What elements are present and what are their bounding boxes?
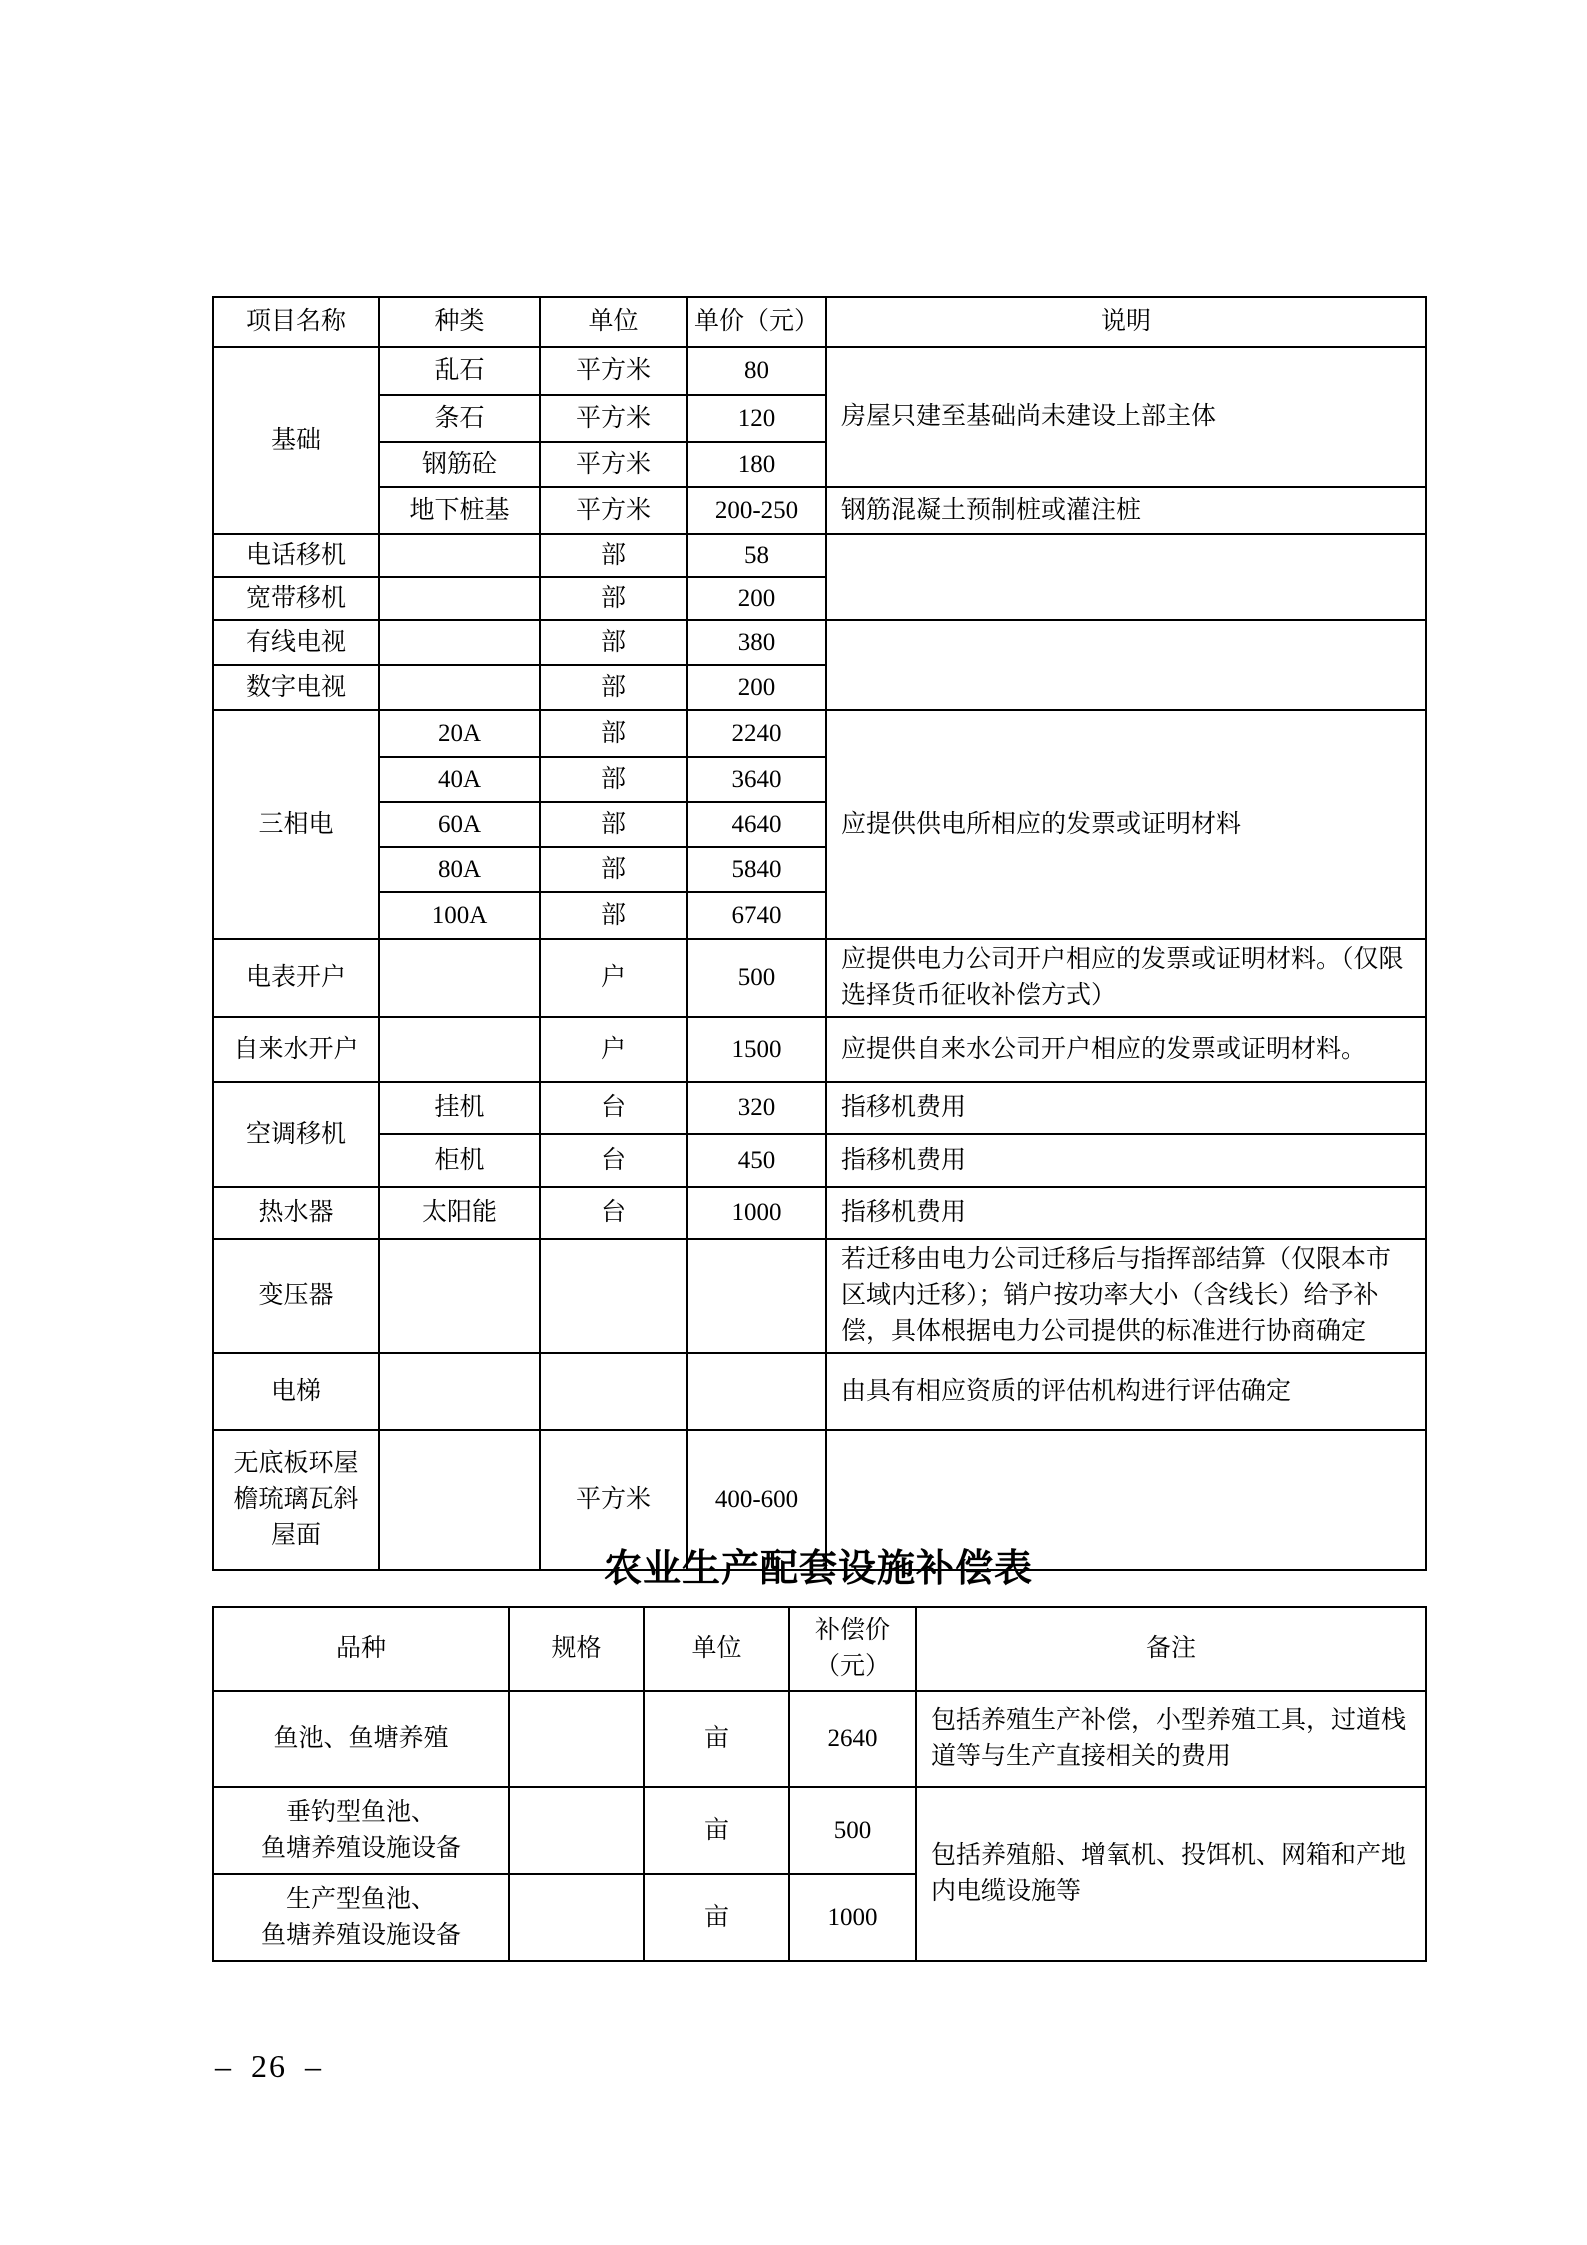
header-comp-price: 补偿价（元） [789, 1607, 916, 1691]
cell-type: 太阳能 [379, 1187, 540, 1239]
cell-type-empty [379, 665, 540, 710]
cell-type: 条石 [379, 395, 540, 442]
header-remark: 备注 [916, 1607, 1426, 1691]
cell-unit: 亩 [644, 1691, 789, 1787]
cell-price: 1500 [687, 1017, 826, 1082]
cell-spec-empty [509, 1874, 644, 1961]
header-project-name: 项目名称 [213, 297, 379, 347]
agri-table-title: 农业生产配套设施补偿表 [212, 1546, 1425, 1592]
cell-name: 宽带移机 [213, 577, 379, 620]
cell-unit: 平方米 [540, 487, 687, 534]
cell-type-empty [379, 577, 540, 620]
table-row: 电话移机 部 58 [213, 534, 1426, 577]
cell-type: 挂机 [379, 1082, 540, 1134]
table-row: 自来水开户 户 1500 应提供自来水公司开户相应的发票或证明材料。 [213, 1017, 1426, 1082]
cell-unit: 平方米 [540, 442, 687, 487]
cell-type: 地下桩基 [379, 487, 540, 534]
table-row: 有线电视 部 380 [213, 620, 1426, 665]
cell-price: 200 [687, 665, 826, 710]
table-row: 基础 乱石 平方米 80 房屋只建至基础尚未建设上部主体 [213, 347, 1426, 395]
cell-unit: 平方米 [540, 395, 687, 442]
header-unit: 单位 [540, 297, 687, 347]
cell-unit: 部 [540, 534, 687, 577]
cell-name: 空调移机 [213, 1082, 379, 1187]
table-row: 电表开户 户 500 应提供电力公司开户相应的发票或证明材料。（仅限选择货币征收… [213, 939, 1426, 1017]
header-type: 种类 [379, 297, 540, 347]
cell-type: 80A [379, 847, 540, 892]
cell-name: 电话移机 [213, 534, 379, 577]
header-unit-price: 单价（元） [687, 297, 826, 347]
cell-name: 电梯 [213, 1353, 379, 1430]
cell-note: 应提供供电所相应的发票或证明材料 [826, 710, 1426, 939]
document-page: 项目名称 种类 单位 单价（元） 说明 基础 乱石 平方米 80 房屋只建至基础… [0, 0, 1587, 2245]
cell-price: 5840 [687, 847, 826, 892]
cell-price: 2640 [789, 1691, 916, 1787]
cell-name: 变压器 [213, 1239, 379, 1353]
cell-price-empty [687, 1353, 826, 1430]
cell-type: 乱石 [379, 347, 540, 395]
cell-price: 80 [687, 347, 826, 395]
cell-note: 指移机费用 [826, 1134, 1426, 1187]
cell-note: 指移机费用 [826, 1082, 1426, 1134]
cell-type: 柜机 [379, 1134, 540, 1187]
cell-unit-empty [540, 1353, 687, 1430]
cell-unit: 台 [540, 1082, 687, 1134]
table-row: 空调移机 挂机 台 320 指移机费用 [213, 1082, 1426, 1134]
cell-price: 2240 [687, 710, 826, 757]
cell-unit: 户 [540, 1017, 687, 1082]
cell-price-empty [687, 1239, 826, 1353]
table-row: 柜机 台 450 指移机费用 [213, 1134, 1426, 1187]
header-note: 说明 [826, 297, 1426, 347]
cell-price: 6740 [687, 892, 826, 939]
cell-unit: 部 [540, 847, 687, 892]
cell-price: 200-250 [687, 487, 826, 534]
cell-type-empty [379, 1239, 540, 1353]
cell-name: 基础 [213, 347, 379, 534]
cell-price: 450 [687, 1134, 826, 1187]
cell-note: 由具有相应资质的评估机构进行评估确定 [826, 1353, 1426, 1430]
cell-unit: 部 [540, 665, 687, 710]
cell-name: 电表开户 [213, 939, 379, 1017]
cell-unit: 亩 [644, 1874, 789, 1961]
cell-unit: 部 [540, 577, 687, 620]
cell-note: 若迁移由电力公司迁移后与指挥部结算（仅限本市区域内迁移）；销户按功率大小（含线长… [826, 1239, 1426, 1353]
cell-unit: 台 [540, 1187, 687, 1239]
cell-type: 60A [379, 802, 540, 847]
cell-price: 1000 [687, 1187, 826, 1239]
cell-price: 58 [687, 534, 826, 577]
cell-type-empty [379, 534, 540, 577]
cell-note: 应提供自来水公司开户相应的发票或证明材料。 [826, 1017, 1426, 1082]
table-row: 垂钓型鱼池、 鱼塘养殖设施设备 亩 500 包括养殖船、增氧机、投饵机、网箱和产… [213, 1787, 1426, 1874]
cell-name: 鱼池、鱼塘养殖 [213, 1691, 509, 1787]
page-number: – 26 – [215, 2048, 323, 2085]
table-row: 地下桩基 平方米 200-250 钢筋混凝土预制桩或灌注桩 [213, 487, 1426, 534]
table-row: 热水器 太阳能 台 1000 指移机费用 [213, 1187, 1426, 1239]
table-row: 鱼池、鱼塘养殖 亩 2640 包括养殖生产补偿，小型养殖工具，过道栈道等与生产直… [213, 1691, 1426, 1787]
cell-spec-empty [509, 1787, 644, 1874]
cell-price: 500 [687, 939, 826, 1017]
table-header-row: 项目名称 种类 单位 单价（元） 说明 [213, 297, 1426, 347]
cell-name: 有线电视 [213, 620, 379, 665]
table-header-row: 品种 规格 单位 补偿价（元） 备注 [213, 1607, 1426, 1691]
cell-price: 500 [789, 1787, 916, 1874]
cell-name: 热水器 [213, 1187, 379, 1239]
cell-unit: 部 [540, 620, 687, 665]
cell-note-empty [826, 620, 1426, 710]
cell-name: 生产型鱼池、 鱼塘养殖设施设备 [213, 1874, 509, 1961]
cell-price: 180 [687, 442, 826, 487]
header-unit: 单位 [644, 1607, 789, 1691]
cell-name: 垂钓型鱼池、 鱼塘养殖设施设备 [213, 1787, 509, 1874]
cell-unit: 部 [540, 892, 687, 939]
cell-type-empty [379, 939, 540, 1017]
cell-type: 100A [379, 892, 540, 939]
cell-price: 3640 [687, 757, 826, 802]
cell-unit: 部 [540, 710, 687, 757]
cell-type: 20A [379, 710, 540, 757]
cell-price: 120 [687, 395, 826, 442]
cell-price: 200 [687, 577, 826, 620]
cell-unit: 台 [540, 1134, 687, 1187]
cell-price: 380 [687, 620, 826, 665]
cell-unit-empty [540, 1239, 687, 1353]
cell-unit: 平方米 [540, 347, 687, 395]
cell-spec-empty [509, 1691, 644, 1787]
cell-type-empty [379, 1017, 540, 1082]
cell-type-empty [379, 1353, 540, 1430]
cell-unit: 户 [540, 939, 687, 1017]
cell-note: 包括养殖生产补偿，小型养殖工具，过道栈道等与生产直接相关的费用 [916, 1691, 1426, 1787]
cell-unit: 部 [540, 757, 687, 802]
cell-price: 1000 [789, 1874, 916, 1961]
cell-note-empty [826, 534, 1426, 620]
cell-unit: 亩 [644, 1787, 789, 1874]
cell-name: 三相电 [213, 710, 379, 939]
cell-note: 房屋只建至基础尚未建设上部主体 [826, 347, 1426, 487]
table-row: 电梯 由具有相应资质的评估机构进行评估确定 [213, 1353, 1426, 1430]
cell-note: 应提供电力公司开户相应的发票或证明材料。（仅限选择货币征收补偿方式） [826, 939, 1426, 1017]
cell-note: 指移机费用 [826, 1187, 1426, 1239]
cell-name: 数字电视 [213, 665, 379, 710]
table-row: 变压器 若迁移由电力公司迁移后与指挥部结算（仅限本市区域内迁移）；销户按功率大小… [213, 1239, 1426, 1353]
agri-compensation-table: 品种 规格 单位 补偿价（元） 备注 鱼池、鱼塘养殖 亩 2640 包括养殖生产… [212, 1606, 1427, 1962]
cell-price: 320 [687, 1082, 826, 1134]
cell-type: 钢筋砼 [379, 442, 540, 487]
cell-price: 4640 [687, 802, 826, 847]
cell-note: 钢筋混凝土预制桩或灌注桩 [826, 487, 1426, 534]
cell-type: 40A [379, 757, 540, 802]
cell-unit: 部 [540, 802, 687, 847]
header-breed: 品种 [213, 1607, 509, 1691]
table-row: 三相电 20A 部 2240 应提供供电所相应的发票或证明材料 [213, 710, 1426, 757]
cell-name: 自来水开户 [213, 1017, 379, 1082]
cell-note: 包括养殖船、增氧机、投饵机、网箱和产地内电缆设施等 [916, 1787, 1426, 1961]
compensation-table: 项目名称 种类 单位 单价（元） 说明 基础 乱石 平方米 80 房屋只建至基础… [212, 296, 1427, 1571]
cell-type-empty [379, 620, 540, 665]
header-spec: 规格 [509, 1607, 644, 1691]
